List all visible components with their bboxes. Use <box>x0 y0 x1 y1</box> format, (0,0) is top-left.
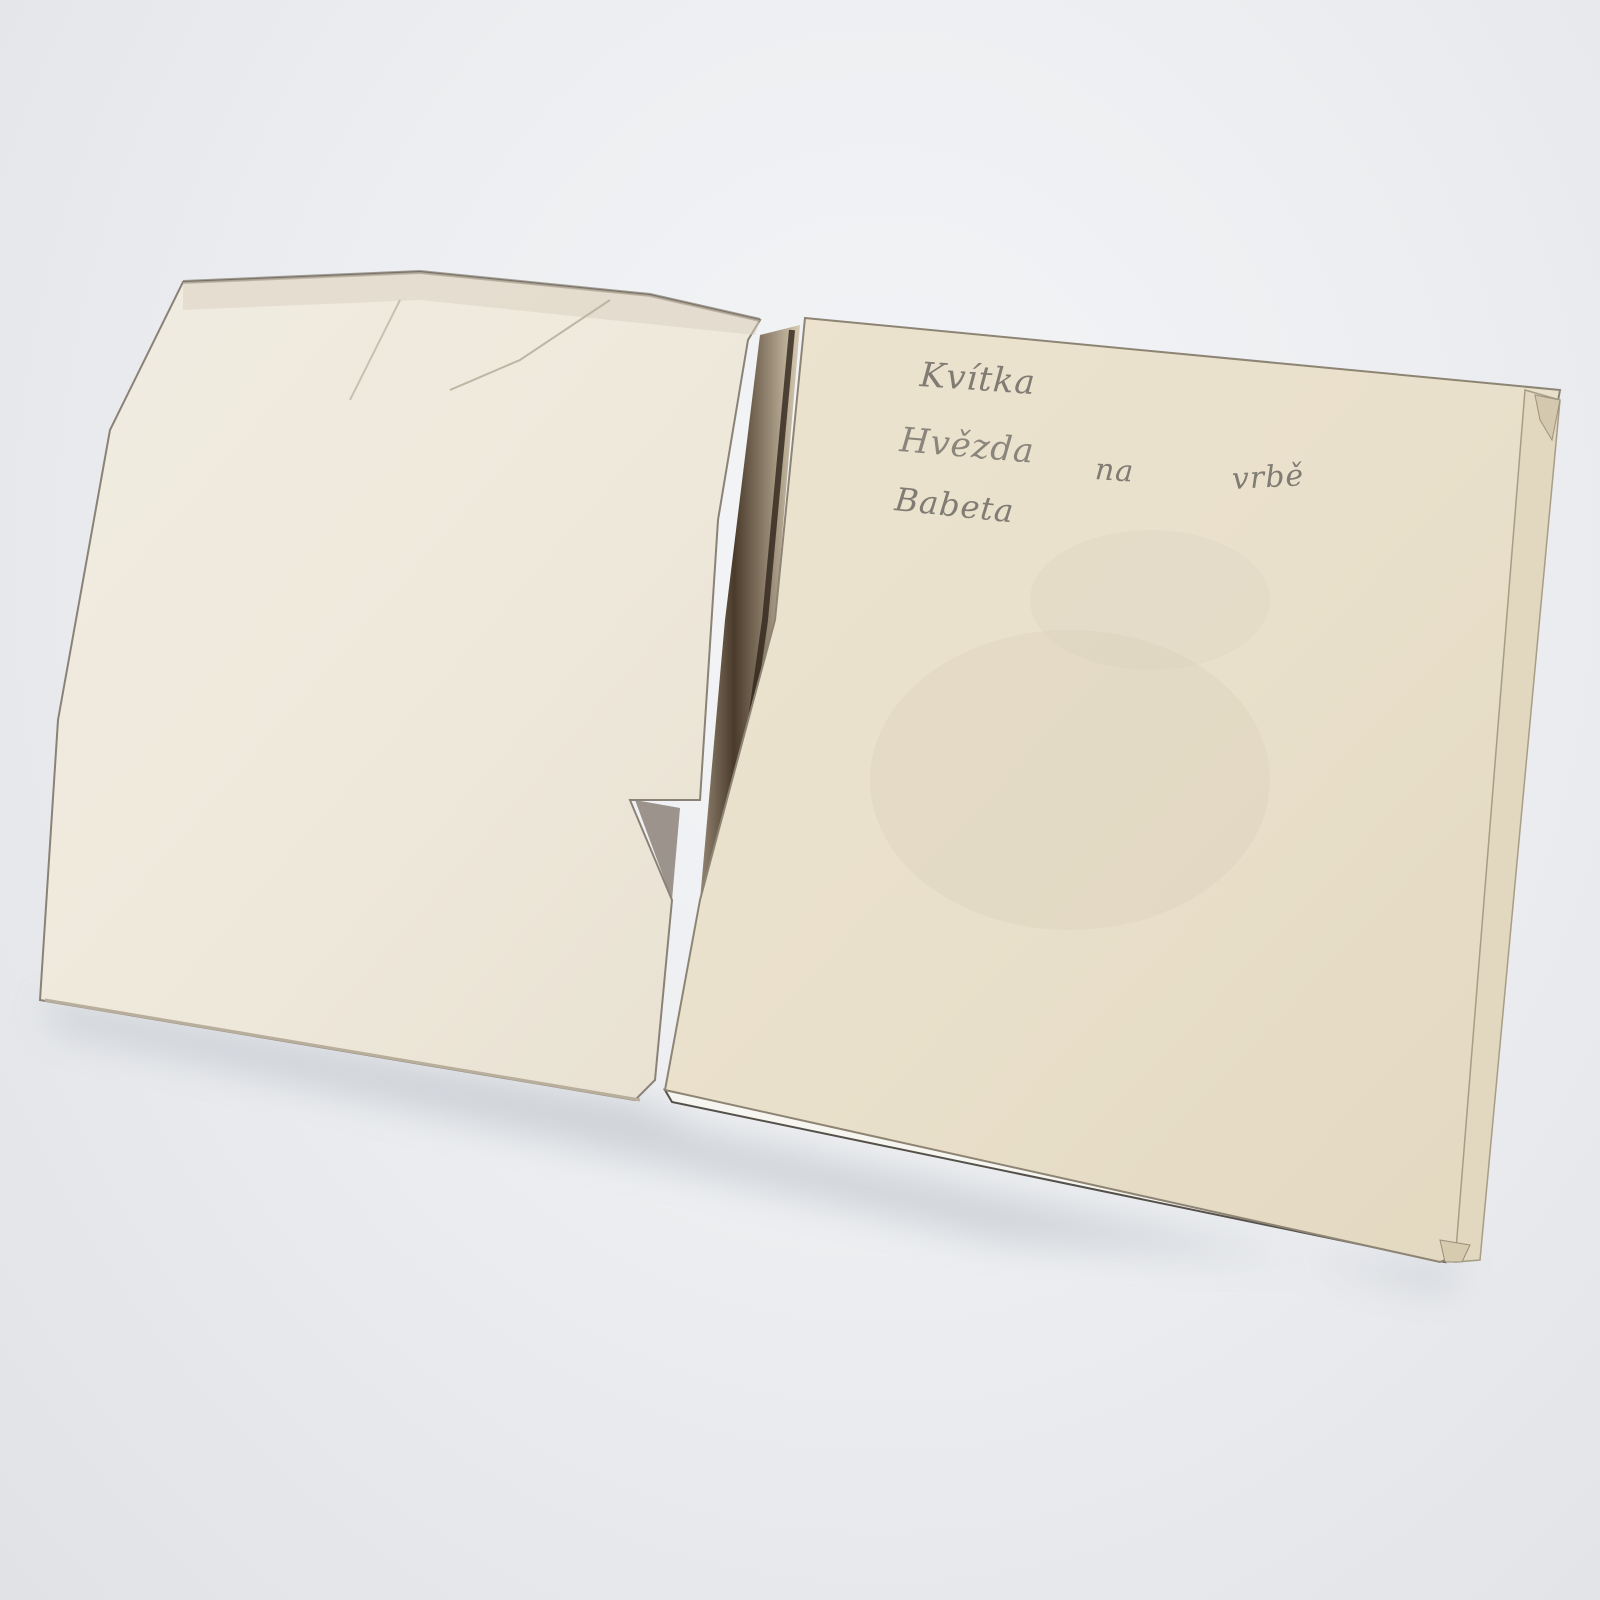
handwriting-line-2-word-2: na <box>1094 452 1136 490</box>
open-book <box>0 0 1600 1600</box>
handwriting-line-2-word-3: vrbě <box>1231 458 1305 497</box>
handwriting-line-1: Kvítka <box>919 355 1038 403</box>
left-page <box>40 272 760 1100</box>
photo-scene: Kvítka Hvězda na vrbě Babeta <box>0 0 1600 1600</box>
